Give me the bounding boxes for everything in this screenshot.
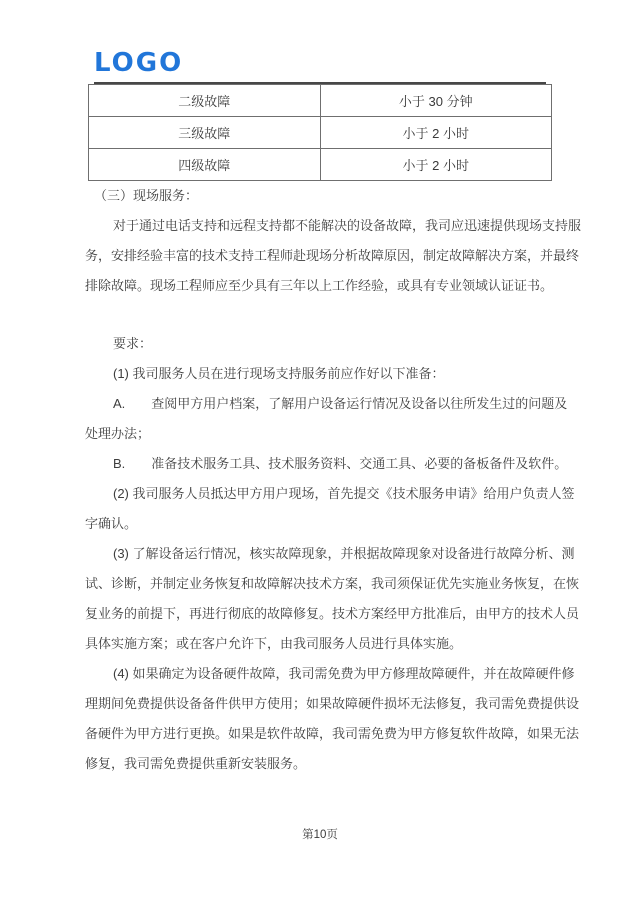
response-time-cell: 小于 2 小时 <box>320 149 552 181</box>
paragraph-line: 修复，我司需免费提供重新安装服务。 <box>85 749 555 779</box>
list-item-1: (1) 我司服务人员在进行现场支持服务前应作好以下准备： <box>85 359 555 389</box>
paragraph-line: 排除故障。现场工程师应至少具有三年以上工作经验，或具有专业领域认证证书。 <box>85 271 555 301</box>
fault-level-cell: 二级故障 <box>89 85 321 117</box>
requirements-label: 要求： <box>85 329 555 359</box>
table-row: 二级故障 小于 30 分钟 <box>89 85 552 117</box>
section-heading: （三）现场服务： <box>85 181 555 211</box>
list-item-a: A. 查阅甲方用户档案，了解用户设备运行情况及设备以往所发生过的问题及 处理办法… <box>85 389 555 449</box>
paragraph-line: (2) 我司服务人员抵达甲方用户现场，首先提交《技术服务申请》给用户负责人签 <box>85 479 555 509</box>
paragraph-line: (4) 如果确定为设备硬件故障，我司需免费为甲方修理故障硬件，并在故障硬件修 <box>85 659 555 689</box>
paragraph-line: (3) 了解设备运行情况，核实故障现象，并根据故障现象对设备进行故障分析、测 <box>85 539 555 569</box>
paragraph-line: A. 查阅甲方用户档案，了解用户设备运行情况及设备以往所发生过的问题及 <box>85 389 555 419</box>
page-footer: 第10页 <box>0 826 640 842</box>
fault-table-body: 二级故障 小于 30 分钟 三级故障 小于 2 小时 四级故障 小于 2 小时 <box>89 85 552 181</box>
paragraph-line: 理期间免费提供设备备件供甲方使用；如果故障硬件损坏无法修复，我司需免费提供设 <box>85 689 555 719</box>
fault-response-table: 二级故障 小于 30 分钟 三级故障 小于 2 小时 四级故障 小于 2 小时 <box>88 84 552 181</box>
logo-text: LOGO <box>94 48 183 78</box>
paragraph-line: 复业务的前提下，再进行彻底的故障修复。技术方案经甲方批准后，由甲方的技术人员 <box>85 599 555 629</box>
fault-level-cell: 三级故障 <box>89 117 321 149</box>
onsite-service-paragraph: 对于通过电话支持和远程支持都不能解决的设备故障，我司应迅速提供现场支持服 务，安… <box>85 211 555 301</box>
fault-level-cell: 四级故障 <box>89 149 321 181</box>
paragraph-line: 处理办法； <box>85 419 555 449</box>
paragraph-line: 对于通过电话支持和远程支持都不能解决的设备故障，我司应迅速提供现场支持服 <box>85 211 555 241</box>
paragraph-line: 务，安排经验丰富的技术支持工程师赴现场分析故障原因，制定故障解决方案，并最终 <box>85 241 555 271</box>
list-item-4: (4) 如果确定为设备硬件故障，我司需免费为甲方修理故障硬件，并在故障硬件修 理… <box>85 659 555 779</box>
list-item-3: (3) 了解设备运行情况，核实故障现象，并根据故障现象对设备进行故障分析、测 试… <box>85 539 555 659</box>
paragraph-line: 字确认。 <box>85 509 555 539</box>
page-number: 第10页 <box>302 829 338 841</box>
paragraph-line: 备硬件为甲方进行更换。如果是软件故障，我司需免费为甲方修复软件故障，如果无法 <box>85 719 555 749</box>
table-row: 四级故障 小于 2 小时 <box>89 149 552 181</box>
paragraph-line: 试、诊断，并制定业务恢复和故障解决技术方案，我司须保证优先实施业务恢复，在恢 <box>85 569 555 599</box>
table-row: 三级故障 小于 2 小时 <box>89 117 552 149</box>
document-body: （三）现场服务： 对于通过电话支持和远程支持都不能解决的设备故障，我司应迅速提供… <box>85 181 555 779</box>
paragraph-line: 具体实施方案；或在客户允许下，由我司服务人员进行具体实施。 <box>85 629 555 659</box>
list-item-2: (2) 我司服务人员抵达甲方用户现场，首先提交《技术服务申请》给用户负责人签 字… <box>85 479 555 539</box>
response-time-cell: 小于 2 小时 <box>320 117 552 149</box>
list-item-b: B. 准备技术服务工具、技术服务资料、交通工具、必要的备板备件及软件。 <box>85 449 555 479</box>
response-time-cell: 小于 30 分钟 <box>320 85 552 117</box>
